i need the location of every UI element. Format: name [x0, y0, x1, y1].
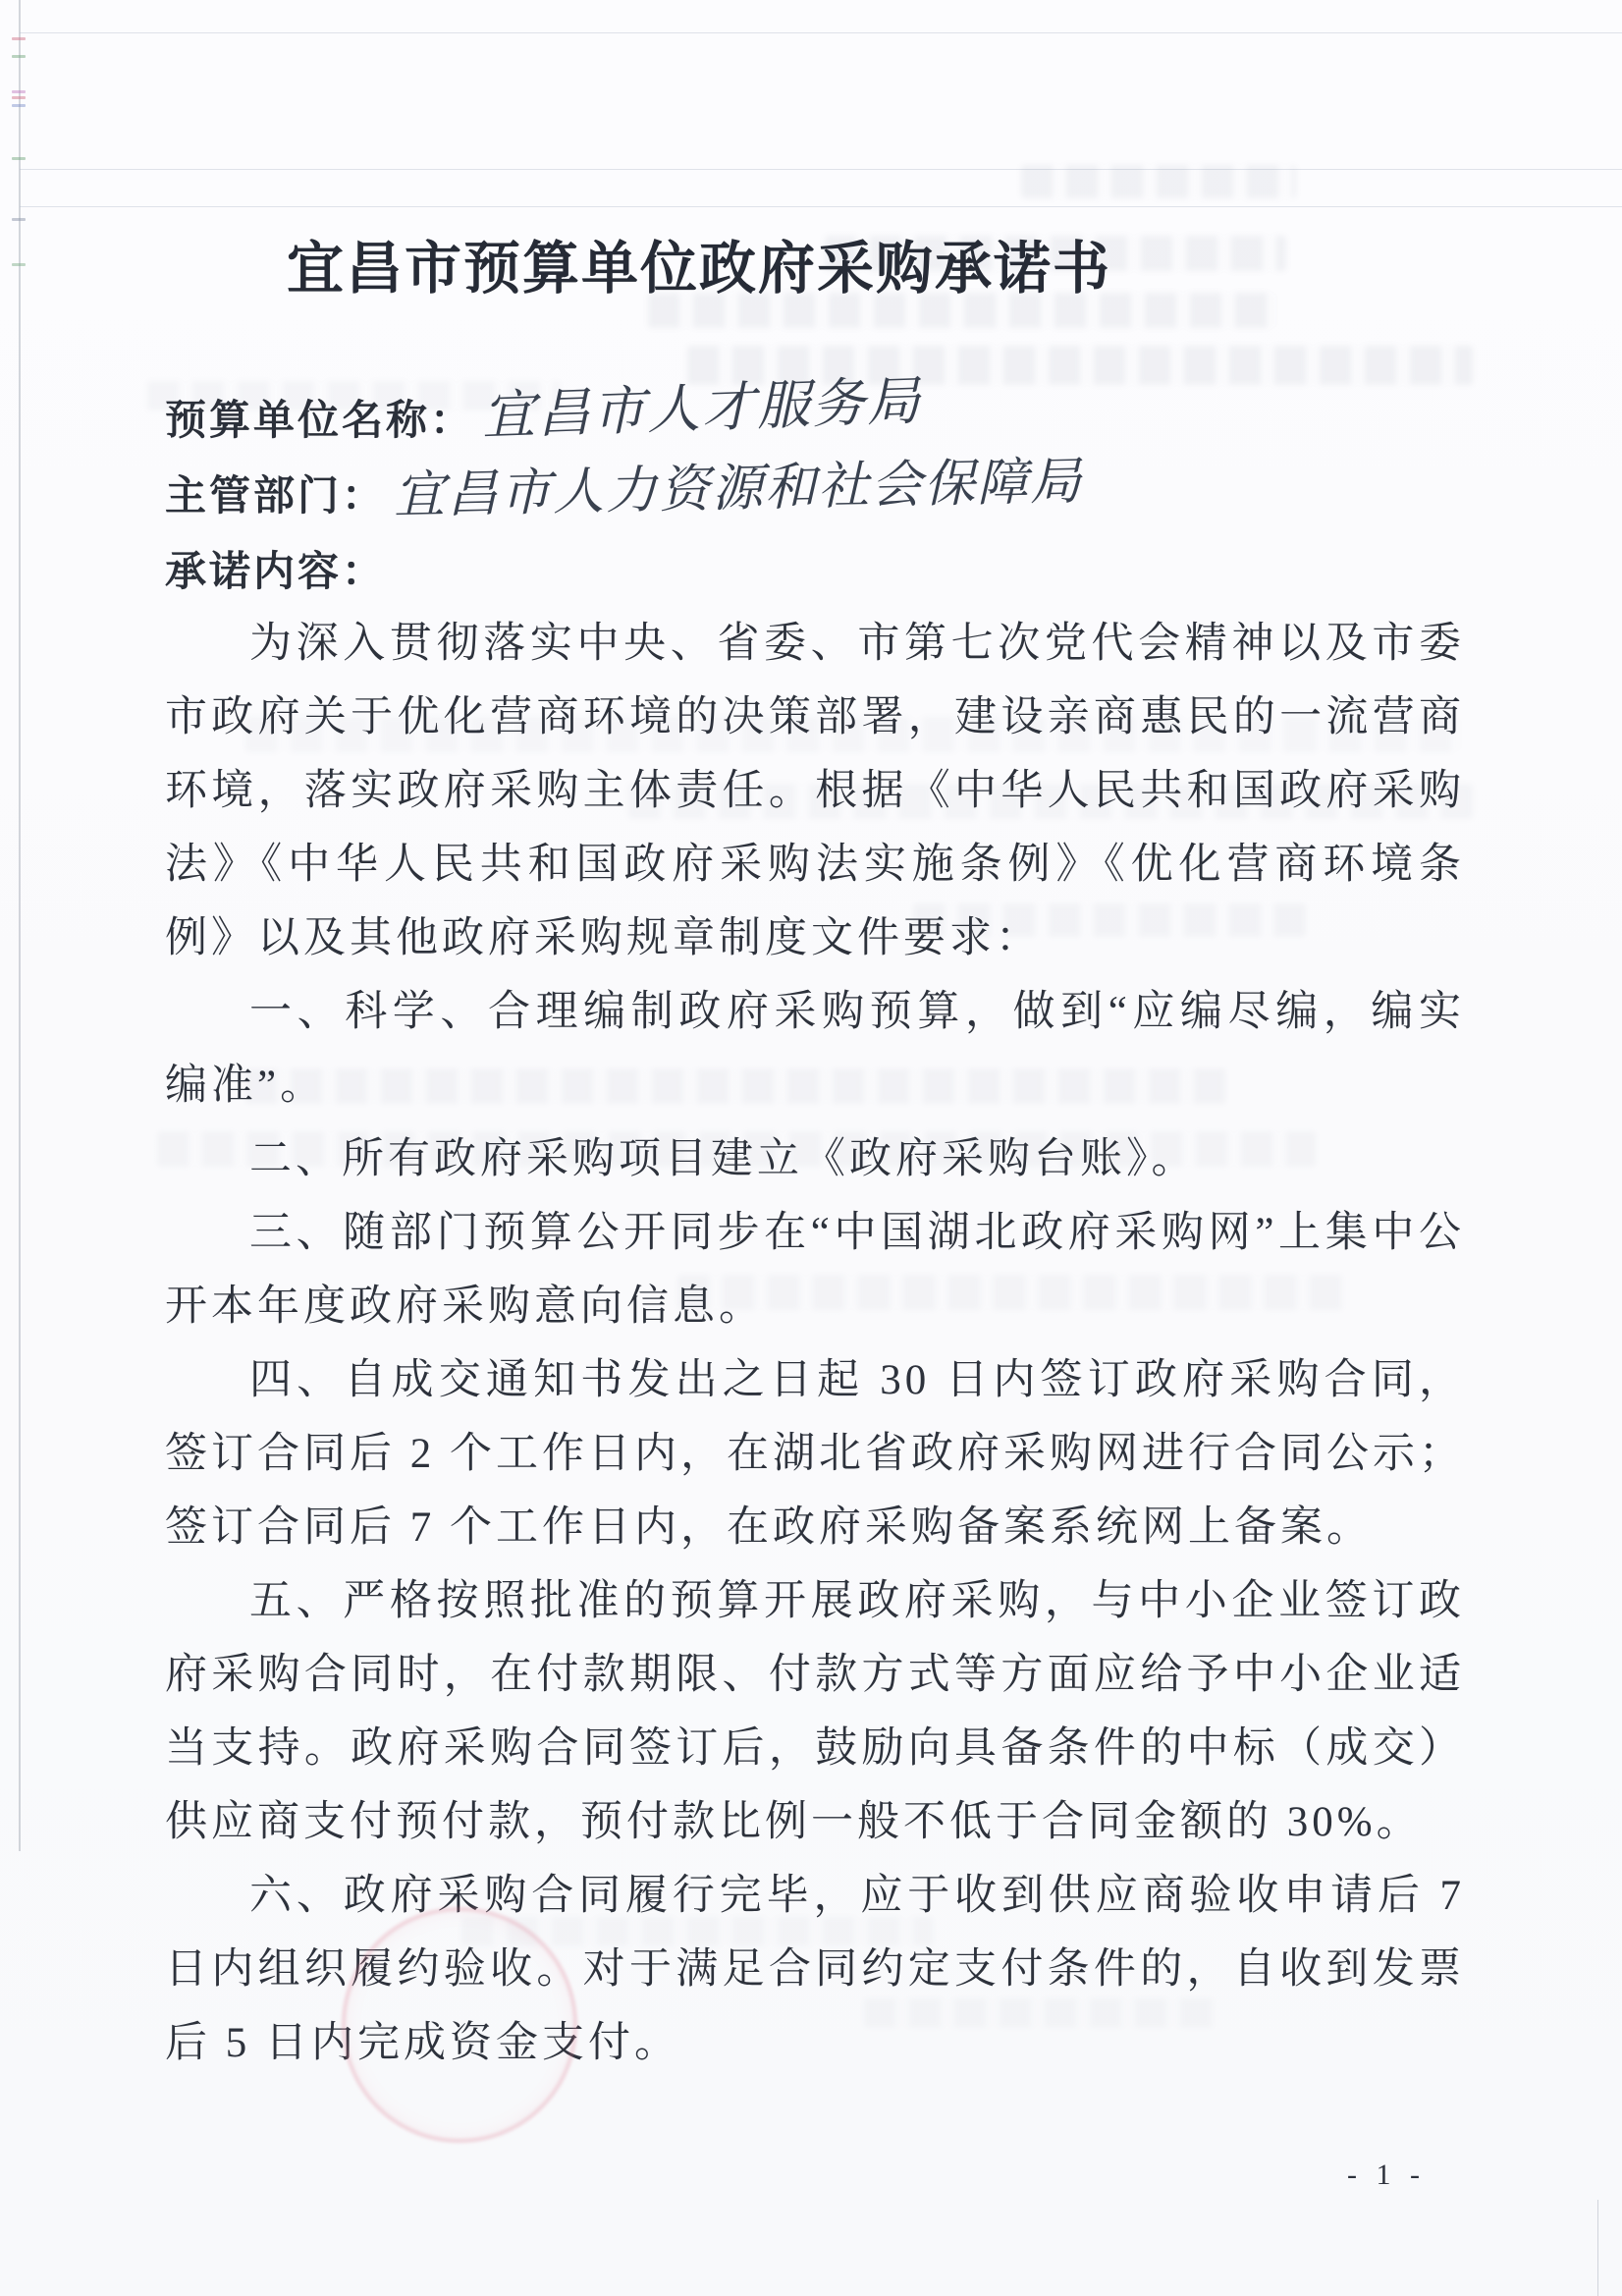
scanned-document-page: 宜昌市预算单位政府采购承诺书 预算单位名称： 宜昌市人才服务局 主管部门： 宜昌…	[0, 0, 1622, 2296]
scan-tick	[12, 157, 26, 160]
commitment-content-label: 承诺内容：	[165, 539, 386, 598]
scan-tick	[12, 104, 26, 107]
scan-edge-line-right	[1597, 2200, 1598, 2296]
paragraph-item-5: 五、严格按照批准的预算开展政府采购，与中小企业签订政府采购合同时，在付款期限、付…	[165, 1564, 1465, 1859]
paragraph-item-3: 三、随部门预算公开同步在“中国湖北政府采购网”上集中公开本年度政府采购意向信息。	[165, 1196, 1465, 1343]
budget-unit-name-label: 预算单位名称：	[165, 388, 474, 447]
supervising-department-label: 主管部门：	[165, 464, 386, 522]
scan-tick	[12, 55, 26, 58]
document-title: 宜昌市预算单位政府采购承诺书	[49, 222, 1349, 304]
budget-unit-name-handwritten-value: 宜昌市人才服务局	[480, 358, 922, 450]
official-seal-stamp	[342, 1907, 577, 2143]
page-number: - 1 -	[1347, 2159, 1426, 2192]
scan-tick	[12, 37, 26, 40]
supervising-department-handwritten-value: 宜昌市人力资源和社会保障局	[393, 439, 1083, 527]
paragraph-intro: 为深入贯彻落实中央、省委、市第七次党代会精神以及市委市政府关于优化营商环境的决策…	[165, 607, 1465, 975]
header-fields: 预算单位名称： 宜昌市人才服务局 主管部门： 宜昌市人力资源和社会保障局 承诺内…	[165, 379, 1481, 606]
scan-tick	[12, 218, 26, 221]
commitment-body: 为深入贯彻落实中央、省委、市第七次党代会精神以及市委市政府关于优化营商环境的决策…	[165, 607, 1465, 2080]
paragraph-item-1: 一、科学、合理编制政府采购预算，做到“应编尽编，编实编准”。	[165, 975, 1465, 1122]
scan-streak	[20, 169, 1622, 170]
scan-tick	[12, 263, 26, 266]
scan-tick	[12, 96, 26, 99]
field-commitment-content: 承诺内容：	[165, 530, 1481, 606]
scan-edge-line	[19, 0, 21, 1851]
scan-streak	[20, 206, 1622, 207]
paragraph-item-2: 二、所有政府采购项目建立《政府采购台账》。	[165, 1122, 1465, 1196]
scan-streak	[20, 32, 1622, 33]
field-budget-unit-name: 预算单位名称： 宜昌市人才服务局	[165, 379, 1481, 455]
paragraph-item-4: 四、自成交通知书发出之日起 30 日内签订政府采购合同，签订合同后 2 个工作日…	[165, 1343, 1465, 1564]
scan-tick	[12, 90, 26, 93]
bleed-through-artifact	[1021, 165, 1296, 198]
field-supervising-department: 主管部门： 宜昌市人力资源和社会保障局	[165, 455, 1481, 530]
